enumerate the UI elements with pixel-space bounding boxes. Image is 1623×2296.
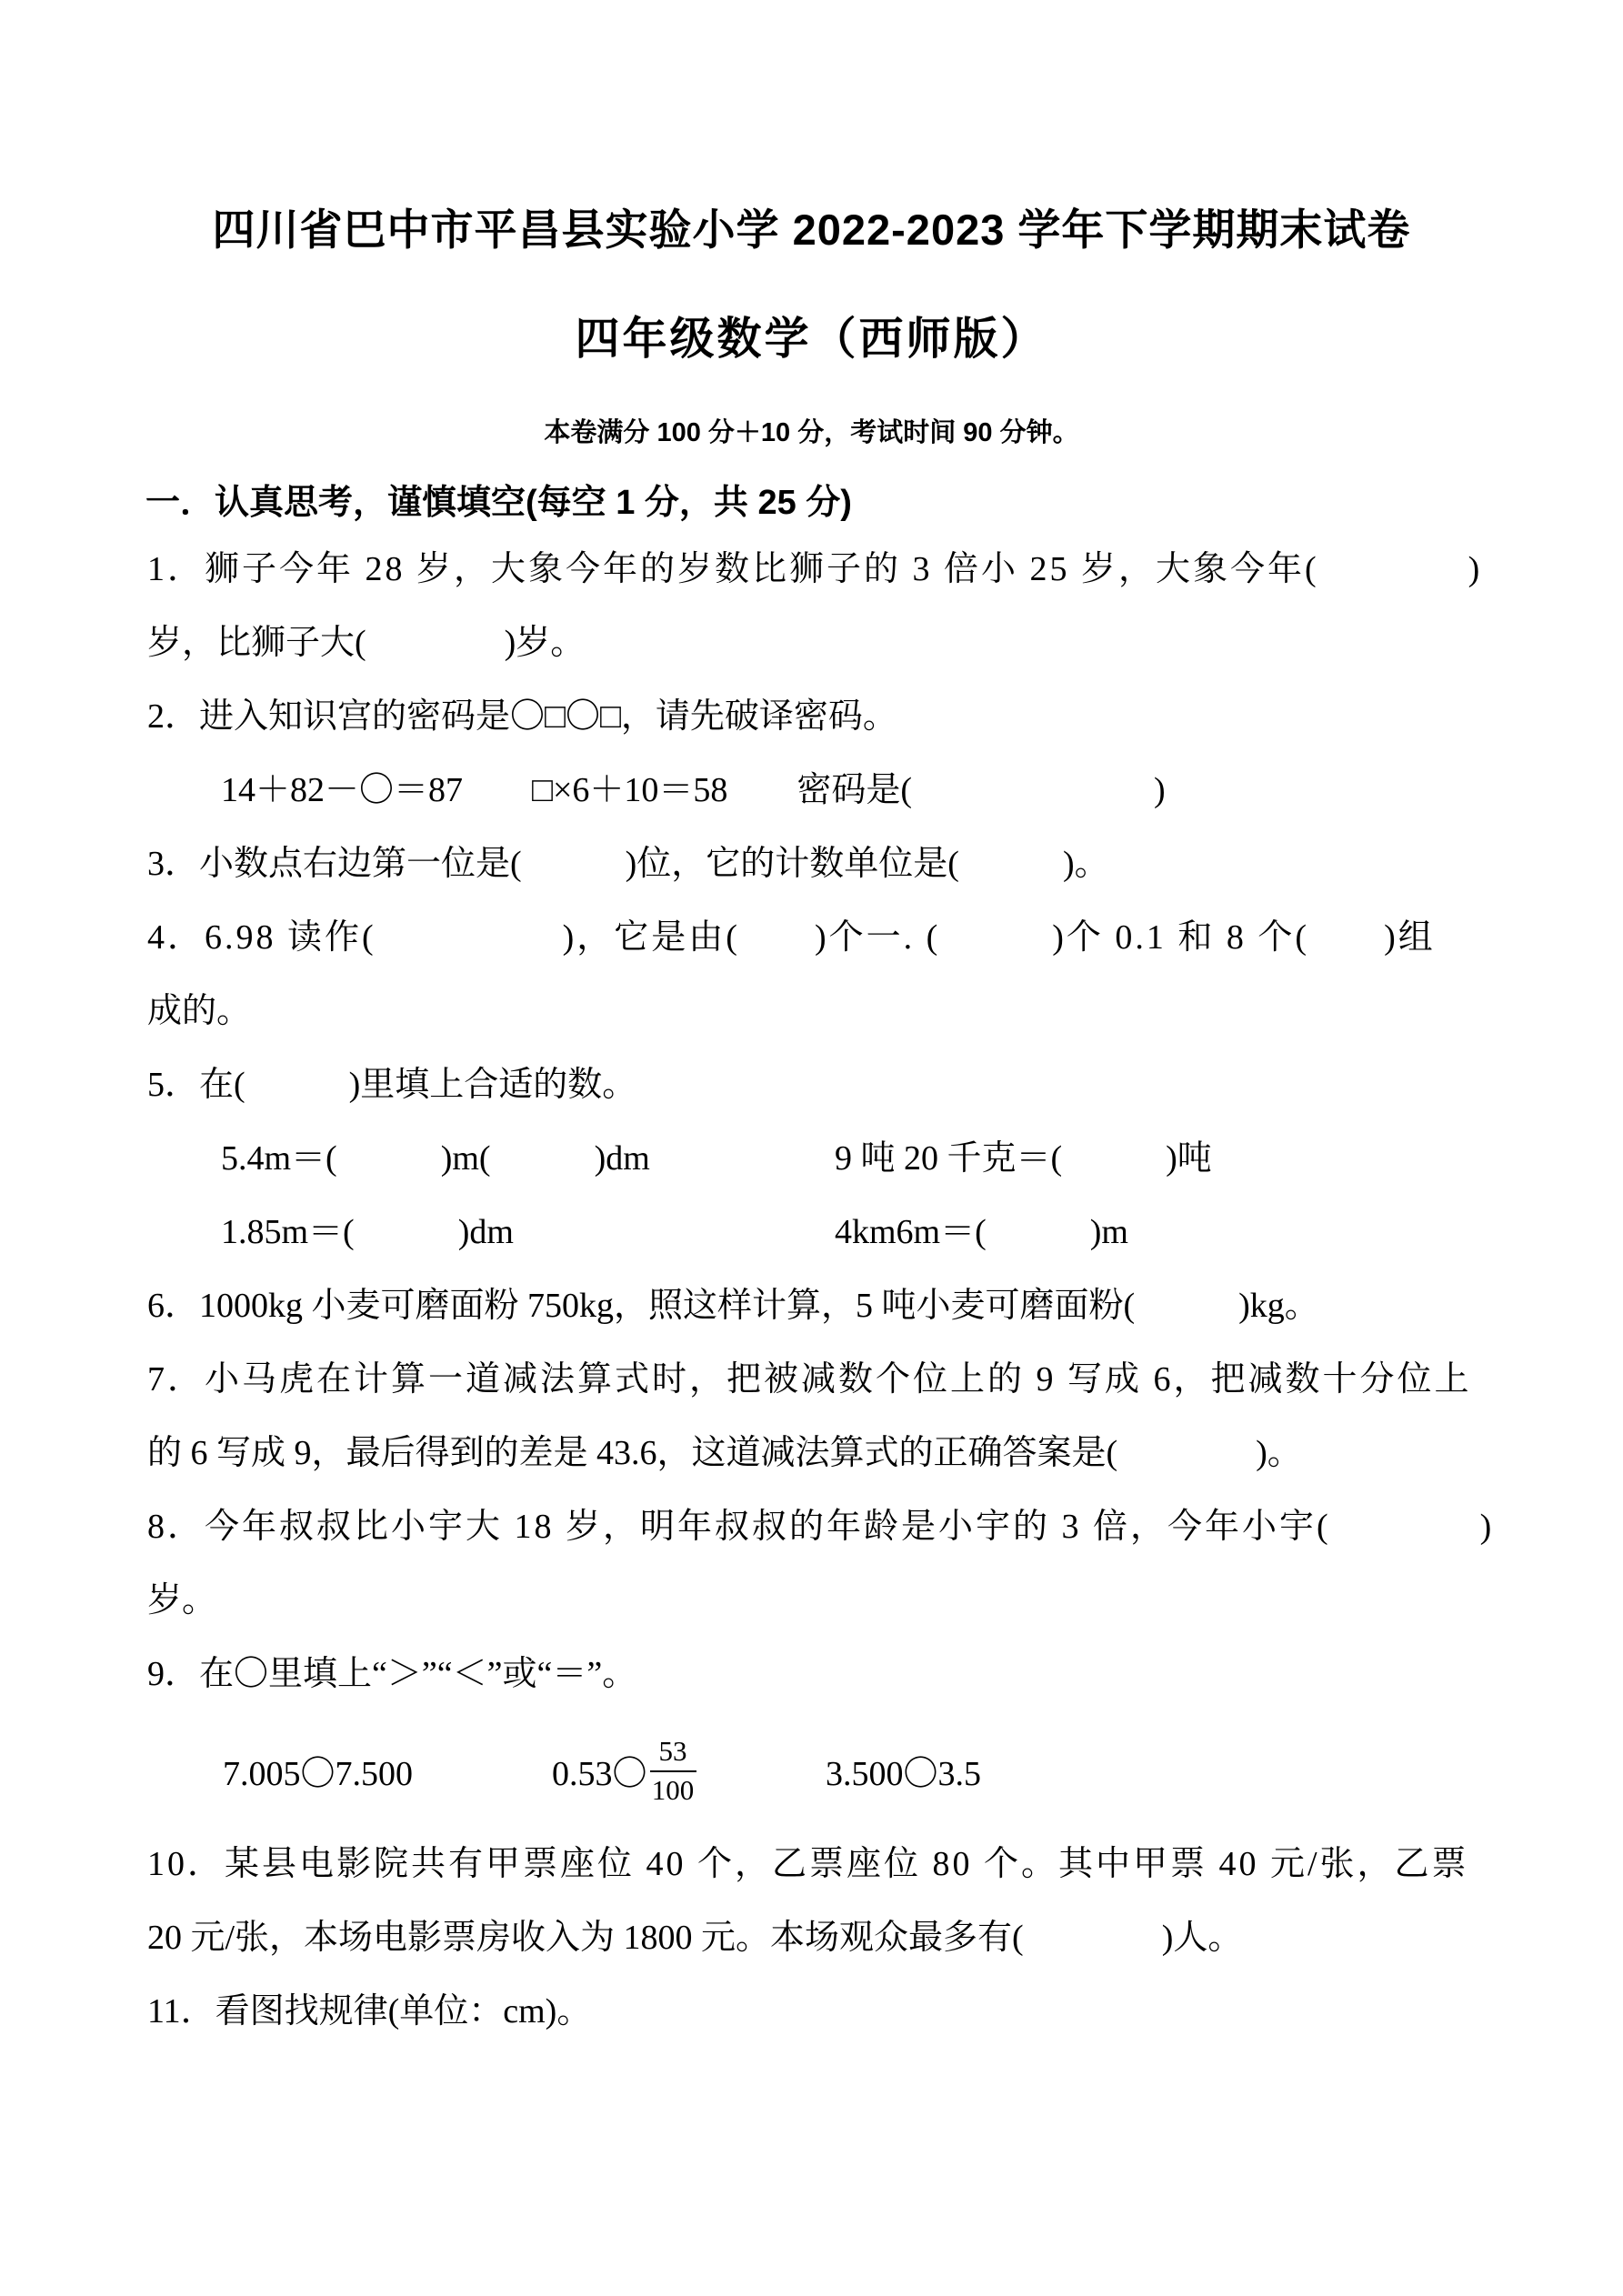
question-8-line-2: 岁。	[0, 1564, 1623, 1638]
question-9-text: 9．在〇里填上“＞”“＜”或“＝”。	[0, 1638, 1623, 1711]
question-4-line-2: 成的。	[0, 975, 1623, 1048]
section-1-body: 1．狮子今年 28 岁，大象今年的岁数比狮子的 3 倍小 25 岁，大象今年( …	[0, 533, 1623, 2049]
exam-info-text: 本卷满分 100 分＋10 分，考试时间 90 分钟。	[0, 416, 1623, 449]
question-5-row-1: 5.4m＝( )m( )dm 9 吨 20 千克＝( )吨	[0, 1122, 1623, 1196]
question-5-conversion-3: 1.85m＝( )dm	[221, 1196, 514, 1269]
fraction-53-100: 53100	[650, 1735, 696, 1807]
question-6-text: 6．1000kg 小麦可磨面粉 750kg，照这样计算，5 吨小麦可磨面粉( )…	[0, 1269, 1623, 1343]
question-9-comparison-2: 0.53〇53100	[552, 1719, 696, 1820]
question-2-equations: 14＋82－〇＝87 □×6＋10＝58 密码是( )	[221, 754, 1166, 827]
question-7-line-2: 的 6 写成 9，最后得到的差是 43.6，这道减法算式的正确答案是( )。	[0, 1417, 1623, 1490]
question-1-line-1: 1．狮子今年 28 岁，大象今年的岁数比狮子的 3 倍小 25 岁，大象今年( …	[0, 533, 1623, 607]
question-5-conversion-2: 9 吨 20 千克＝( )吨	[835, 1122, 1212, 1196]
question-7-line-1: 7．小马虎在计算一道减法算式时，把被减数个位上的 9 写成 6，把减数十分位上	[0, 1343, 1623, 1417]
question-9-comparison-3: 3.500〇3.5	[826, 1719, 981, 1820]
question-2-equations-row: 14＋82－〇＝87 □×6＋10＝58 密码是( )	[0, 754, 1623, 827]
question-3-text: 3．小数点右边第一位是( )位，它的计数单位是( )。	[0, 827, 1623, 901]
question-10-line-2: 20 元/张，本场电影票房收入为 1800 元。本场观众最多有( )人。	[0, 1901, 1623, 1975]
fraction-denominator: 100	[652, 1772, 695, 1808]
section-1-heading: 一．认真思考，谨慎填空(每空 1 分，共 25 分)	[0, 480, 1623, 526]
question-5-row-2: 1.85m＝( )dm 4km6m＝( )m	[0, 1196, 1623, 1269]
question-8-line-1: 8．今年叔叔比小宇大 18 岁，明年叔叔的年龄是小宇的 3 倍，今年小宇( )	[0, 1490, 1623, 1564]
question-5-conversion-1: 5.4m＝( )m( )dm	[221, 1122, 650, 1196]
question-9-comparisons-row: 7.005〇7.500 0.53〇53100 3.500〇3.5	[0, 1719, 1623, 1820]
question-5-text: 5．在( )里填上合适的数。	[0, 1048, 1623, 1122]
question-2-text: 2．进入知识宫的密码是〇□〇□，请先破译密码。	[0, 680, 1623, 754]
fraction-numerator: 53	[650, 1735, 696, 1772]
exam-paper-page: 四川省巴中市平昌县实验小学 2022-2023 学年下学期期末试卷 四年级数学（…	[0, 0, 1623, 2296]
question-9-comparison-2-prefix: 0.53〇	[552, 1745, 647, 1795]
question-1-line-2: 岁，比狮子大( )岁。	[0, 607, 1623, 680]
question-9-comparison-1: 7.005〇7.500	[223, 1719, 413, 1820]
question-4-line-1: 4．6.98 读作( )，它是由( )个一. ( )个 0.1 和 8 个( )…	[0, 901, 1623, 975]
page-title-line-1: 四川省巴中市平昌县实验小学 2022-2023 学年下学期期末试卷	[0, 0, 1623, 256]
question-10-line-1: 10．某县电影院共有甲票座位 40 个，乙票座位 80 个。其中甲票 40 元/…	[0, 1828, 1623, 1901]
page-title-line-2: 四年级数学（西师版）	[0, 314, 1623, 365]
question-5-conversion-4: 4km6m＝( )m	[835, 1196, 1128, 1269]
question-11-text: 11．看图找规律(单位：cm)。	[0, 1975, 1623, 2049]
